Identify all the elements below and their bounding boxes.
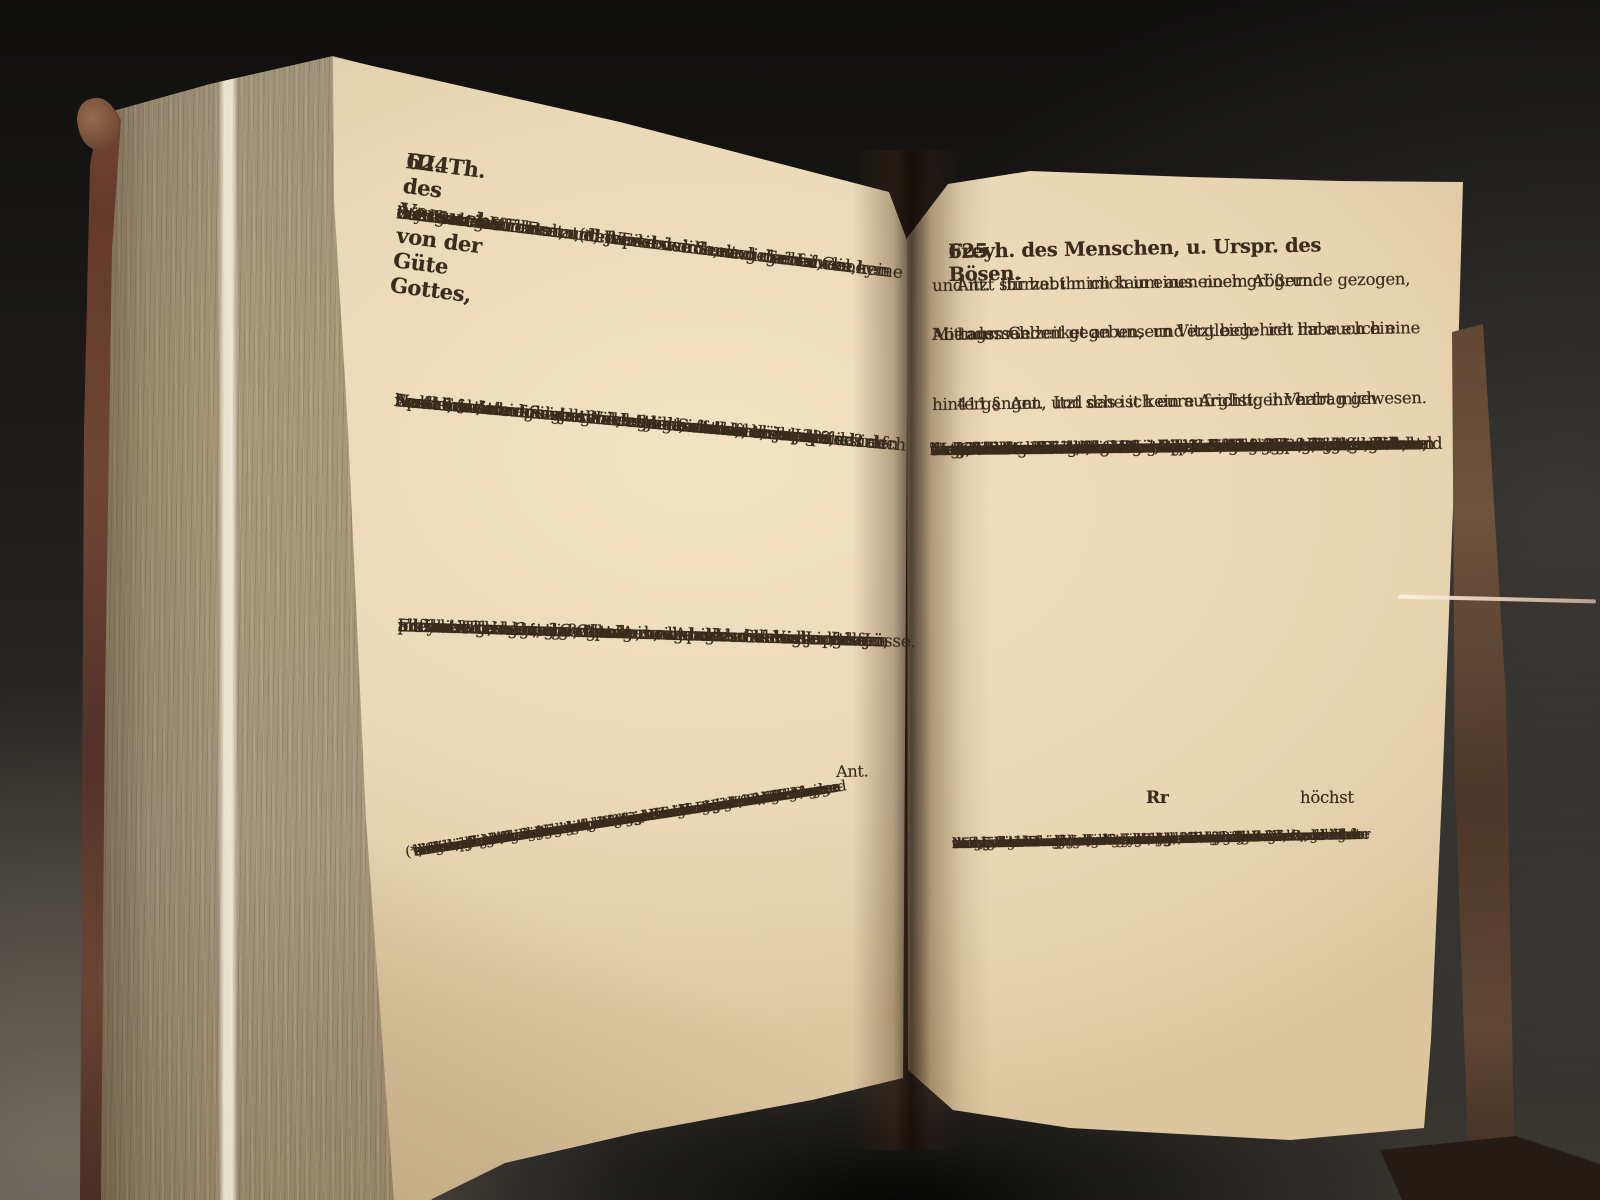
text-line: Abendessen. [932,322,1035,346]
right-catchword: höchst [1300,788,1354,807]
metal-pointer-blade [1394,551,1600,649]
signature-mark: Rr [1146,788,1169,808]
book-photograph: 624III. Th. des Versuchs von der Güte Go… [0,0,1600,1200]
right-page-number: 625 [948,239,988,263]
